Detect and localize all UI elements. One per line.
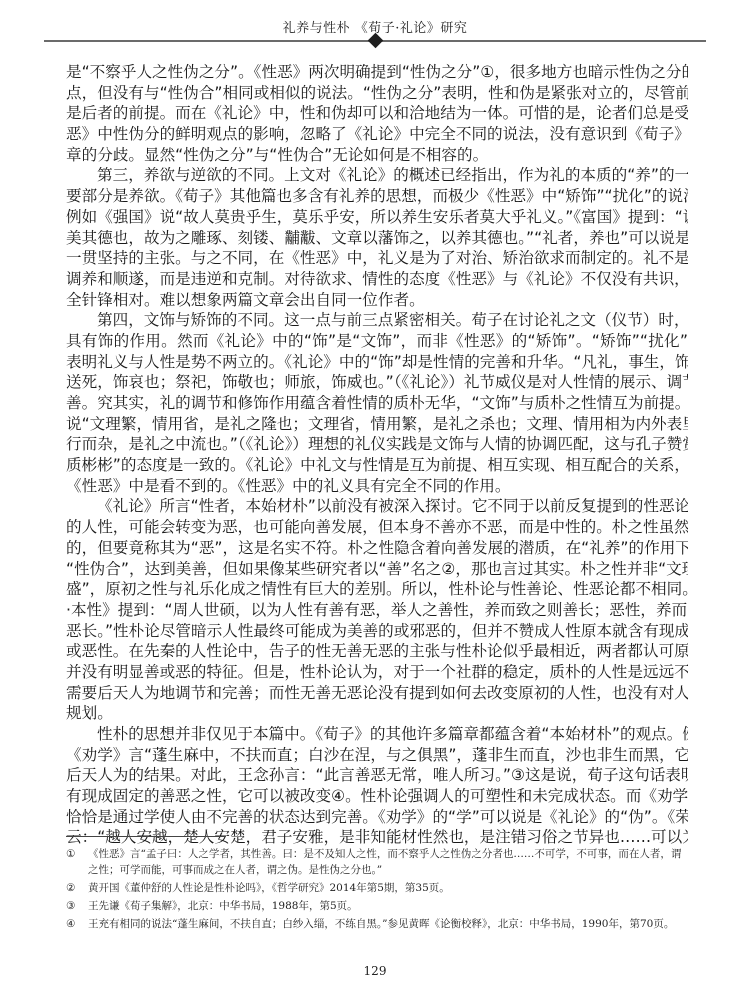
footnote-text: 王先谦《荀子集解》，北京：中华书局，1988年，第5页。 <box>88 900 358 912</box>
text-line: 调养和顺遂，而是违逆和克制。对待欲求、情性的态度《性恶》与《礼论》不仅没有共识，… <box>66 269 688 290</box>
text-line: 送死，饰哀也；祭祀，饰敬也；师旅，饰威也。”（《礼论》）礼节威仪是对人性情的展示… <box>66 372 688 393</box>
text-line: “性伪合”，达到美善，但如果像某些研究者以“善”名之②，那也言过其实。朴之性并非… <box>66 559 688 580</box>
text-line: 点，但没有与“性伪合”相同或相似的说法。“性伪之分”表明，性和伪是紧张对立的，尽… <box>66 83 688 104</box>
text-line: 具有饰的作用。然而《礼论》中的“饰”是“文饰”，而非《性恶》的“矫饰”。“矫饰”… <box>66 331 688 352</box>
text-line: 是“不察乎人之性伪之分”。《性恶》两次明确提到“性伪之分”①，很多地方也暗示性伪… <box>66 62 688 83</box>
footnote-mark: ③ <box>66 898 75 914</box>
footnote-rule <box>66 836 226 837</box>
text-line: 或恶性。在先秦的人性论中，告子的性无善无恶的主张与性朴论似乎最相近，两者都认可原… <box>66 641 688 662</box>
text-line: 恶》中性伪分的鲜明观点的影响，忽略了《礼论》中完全不同的说法，没有意识到《荀子》… <box>66 124 688 145</box>
paragraph-first-line: 第三，养欲与逆欲的不同。上文对《礼论》的概述已经指出，作为礼的本质的“养”的一个… <box>66 165 688 186</box>
text-line: 的人性，可能会转变为恶，也可能向善发展，但本身不善亦不恶，而是中性的。朴之性虽然… <box>66 517 688 538</box>
text-line: 需要后天人为地调节和完善；而性无善无恶论没有提到如何去改变原初的人性，也没有对人… <box>66 683 688 704</box>
footnote-mark: ① <box>66 846 75 862</box>
footnote-mark: ② <box>66 880 75 896</box>
text-line: 恶长。”性朴论尽管暗示人性最终可能成为美善的或邪恶的，但并不赞成人性原本就含有现… <box>66 621 688 642</box>
footnote: ③王先谦《荀子集解》，北京：中华书局，1988年，第5页。 <box>66 898 688 914</box>
text-line: 《性恶》中是看不到的。《性恶》中的礼义具有完全不同的作用。 <box>66 476 688 497</box>
footnote: ①《性恶》言“孟子曰：人之学者，其性善。曰：是不及知人之性，而不察乎人之性伪之分… <box>66 846 688 878</box>
paragraph-first-line: 性朴的思想并非仅见于本篇中。《荀子》的其他许多篇章都蕴含着“本始材朴”的观点。例… <box>66 724 688 745</box>
page-number: 129 <box>0 964 750 978</box>
text-line: 《劝学》言“蓬生麻中，不扶而直；白沙在涅，与之俱黑”，蓬非生而直，沙也非生而黑，… <box>66 745 688 766</box>
text-line: 行而杂，是礼之中流也。”（《礼论》）理想的礼仪实践是文饰与人情的协调匹配，这与孔… <box>66 434 688 455</box>
footnote-text: 《性恶》言“孟子曰：人之学者，其性善。曰：是不及知人之性，而不察乎人之性伪之分者… <box>88 848 681 876</box>
text-line: 美其德也，故为之雕琢、刻镂、黼黻、文章以藩饰之，以养其德也。”“礼者，养也”可以… <box>66 228 688 249</box>
footnote: ④王充有相同的说法“蓬生麻间，不扶自直；白纱入缁，不练自黑。”参见黄晖《论衡校释… <box>66 916 688 932</box>
footnote-text: 王充有相同的说法“蓬生麻间，不扶自直；白纱入缁，不练自黑。”参见黄晖《论衡校释》… <box>88 918 674 930</box>
header-rule-right <box>375 40 706 42</box>
text-line: ·本性》提到：“周人世硕，以为人性有善有恶，举人之善性，养而致之则善长；恶性，养… <box>66 600 688 621</box>
footnote-text: 黄开国《董仲舒的人性论是性朴论吗》，《哲学研究》2014年第5期，第35页。 <box>88 882 450 894</box>
text-line: 盛”，原初之性与礼乐化成之情性有巨大的差别。所以，性朴论与性善论、性恶论都不相同… <box>66 579 688 600</box>
text-line: 是后者的前提。而在《礼论》中，性和伪却可以和洽地结为一体。可惜的是，论者们总是受… <box>66 103 688 124</box>
text-line: 章的分歧。显然“性伪之分”与“性伪合”无论如何是不相容的。 <box>66 145 688 166</box>
paragraph-first-line: 《礼论》所言“性者，本始材朴”以前没有被深入探讨。它不同于以前反复提到的性恶论。… <box>66 496 688 517</box>
text-line: 善。究其实，礼的调节和修饰作用蕴含着性情的质朴无华，“文饰”与质朴之性情互为前提… <box>66 393 688 414</box>
text-line: 恰恰是通过学使人由不完善的状态达到完善。《劝学》的“学”可以说是《礼论》的“伪”… <box>66 807 688 828</box>
text-line: 全针锋相对。难以想象两篇文章会出自同一位作者。 <box>66 290 688 311</box>
text-line: 要部分是养欲。《荀子》其他篇也多含有礼养的思想，而极少《性恶》中“矫饰”“扰化”… <box>66 186 688 207</box>
text-line: 规划。 <box>66 703 688 724</box>
text-line: 后天人为的结果。对此，王念孙言：“此言善恶无常，唯人所习。”③这是说，荀子这句话… <box>66 765 688 786</box>
running-header: 礼养与性朴 《荀子·礼论》研究 <box>0 0 750 60</box>
footnote-mark: ④ <box>66 916 75 932</box>
text-line: 的，但要竟称其为“恶”，这是名实不符。朴之性隐含着向善发展的潜质，在“礼养”的作… <box>66 538 688 559</box>
text-line: 表明礼义与人性是势不两立的。《礼论》中的“饰”却是性情的完善和升华。“凡礼，事生… <box>66 352 688 373</box>
text-line: 并没有明显善或恶的特征。但是，性朴论认为，对于一个社群的稳定，质朴的人性是远远不… <box>66 662 688 683</box>
text-line: 例如《强国》说“故人莫贵乎生，莫乐乎安，所以养生安乐者莫大乎礼义。”《富国》提到… <box>66 207 688 228</box>
footnotes: ①《性恶》言“孟子曰：人之学者，其性善。曰：是不及知人之性，而不察乎人之性伪之分… <box>66 846 688 934</box>
text-line: 说“文理繁，情用省，是礼之隆也；文理省，情用繁，是礼之杀也；文理、情用相为内外表… <box>66 414 688 435</box>
paragraph-first-line: 第四，文饰与矫饰的不同。这一点与前三点紧密相关。荀子在讨论礼之文（仪节）时，提出… <box>66 310 688 331</box>
header-rule-left <box>44 40 375 42</box>
body-text: 是“不察乎人之性伪之分”。《性恶》两次明确提到“性伪之分”①，很多地方也暗示性伪… <box>66 62 688 848</box>
text-line: 质彬彬”的态度是一致的。《礼论》中礼文与性情是互为前提、相互实现、相互配合的关系… <box>66 455 688 476</box>
footnote: ②黄开国《董仲舒的人性论是性朴论吗》，《哲学研究》2014年第5期，第35页。 <box>66 880 688 896</box>
text-line: 有现成固定的善恶之性，它可以被改变④。性朴论强调人的可塑性和未完成状态。而《劝学… <box>66 786 688 807</box>
text-line: 一贯坚持的主张。与之不同，在《性恶》中，礼义是为了对治、矫治欲求而制定的。礼不是… <box>66 248 688 269</box>
